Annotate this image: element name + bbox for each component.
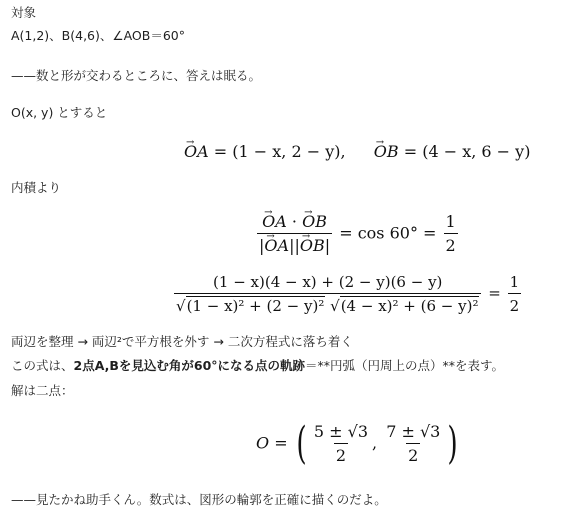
heading: 対象	[11, 5, 36, 21]
locus-bold: 2点A,Bを見込む角が60°になる点の軌跡	[74, 358, 306, 373]
dot-product-fraction: OA · OB |OA||OB|	[257, 212, 332, 256]
cosine-rhs: = cos 60° =	[334, 224, 441, 243]
solution-label: 解は二点：	[11, 383, 74, 399]
setup-text: O(x, y) とすると	[11, 105, 107, 121]
inner-product-label: 内積より	[11, 180, 61, 196]
interpretation: この式は、2点A,Bを見込む角が60°になる点の軌跡＝**円弧（円周上の点）**…	[11, 358, 504, 374]
root-oa: √(1 − x)² + (2 − y)²	[176, 296, 325, 316]
tagline: ——数と形が交わるところに、答えは眠る。	[11, 68, 261, 84]
expanded-fraction: (1 − x)(4 − x) + (2 − y)(6 − y) √(1 − x)…	[174, 272, 481, 316]
closing-remark: ——見たかね助手くん。数式は、図形の輪郭を正確に描くのだよ。	[11, 492, 387, 508]
one-half: 12	[508, 272, 522, 316]
vector-oa: OA	[184, 142, 209, 162]
one-half: 12	[444, 212, 458, 256]
solution-steps: 両辺を整理 → 両辺²で平方根を外す → 二次方程式に落ち着く	[11, 334, 353, 350]
vector-oa-value: = (1 − x, 2 − y),	[209, 142, 346, 161]
x-coordinate: 5 ± √32	[312, 422, 370, 466]
solution-equation: O = (5 ± √32, 7 ± √32)	[256, 422, 462, 466]
expanded-equation: (1 − x)(4 − x) + (2 − y)(6 − y) √(1 − x)…	[172, 272, 523, 316]
vector-equation: OA = (1 − x, 2 − y), OB = (4 − x, 6 − y)	[184, 142, 530, 162]
vector-ob: OB	[374, 142, 399, 162]
y-coordinate: 7 ± √32	[384, 422, 442, 466]
cosine-equation: OA · OB |OA||OB| = cos 60° = 12	[255, 212, 460, 256]
given-conditions: A(1,2)、B(4,6)、∠AOB＝60°	[11, 28, 185, 44]
root-ob: √(4 − x)² + (6 − y)²	[330, 296, 479, 316]
vector-ob-value: = (4 − x, 6 − y)	[399, 142, 531, 161]
